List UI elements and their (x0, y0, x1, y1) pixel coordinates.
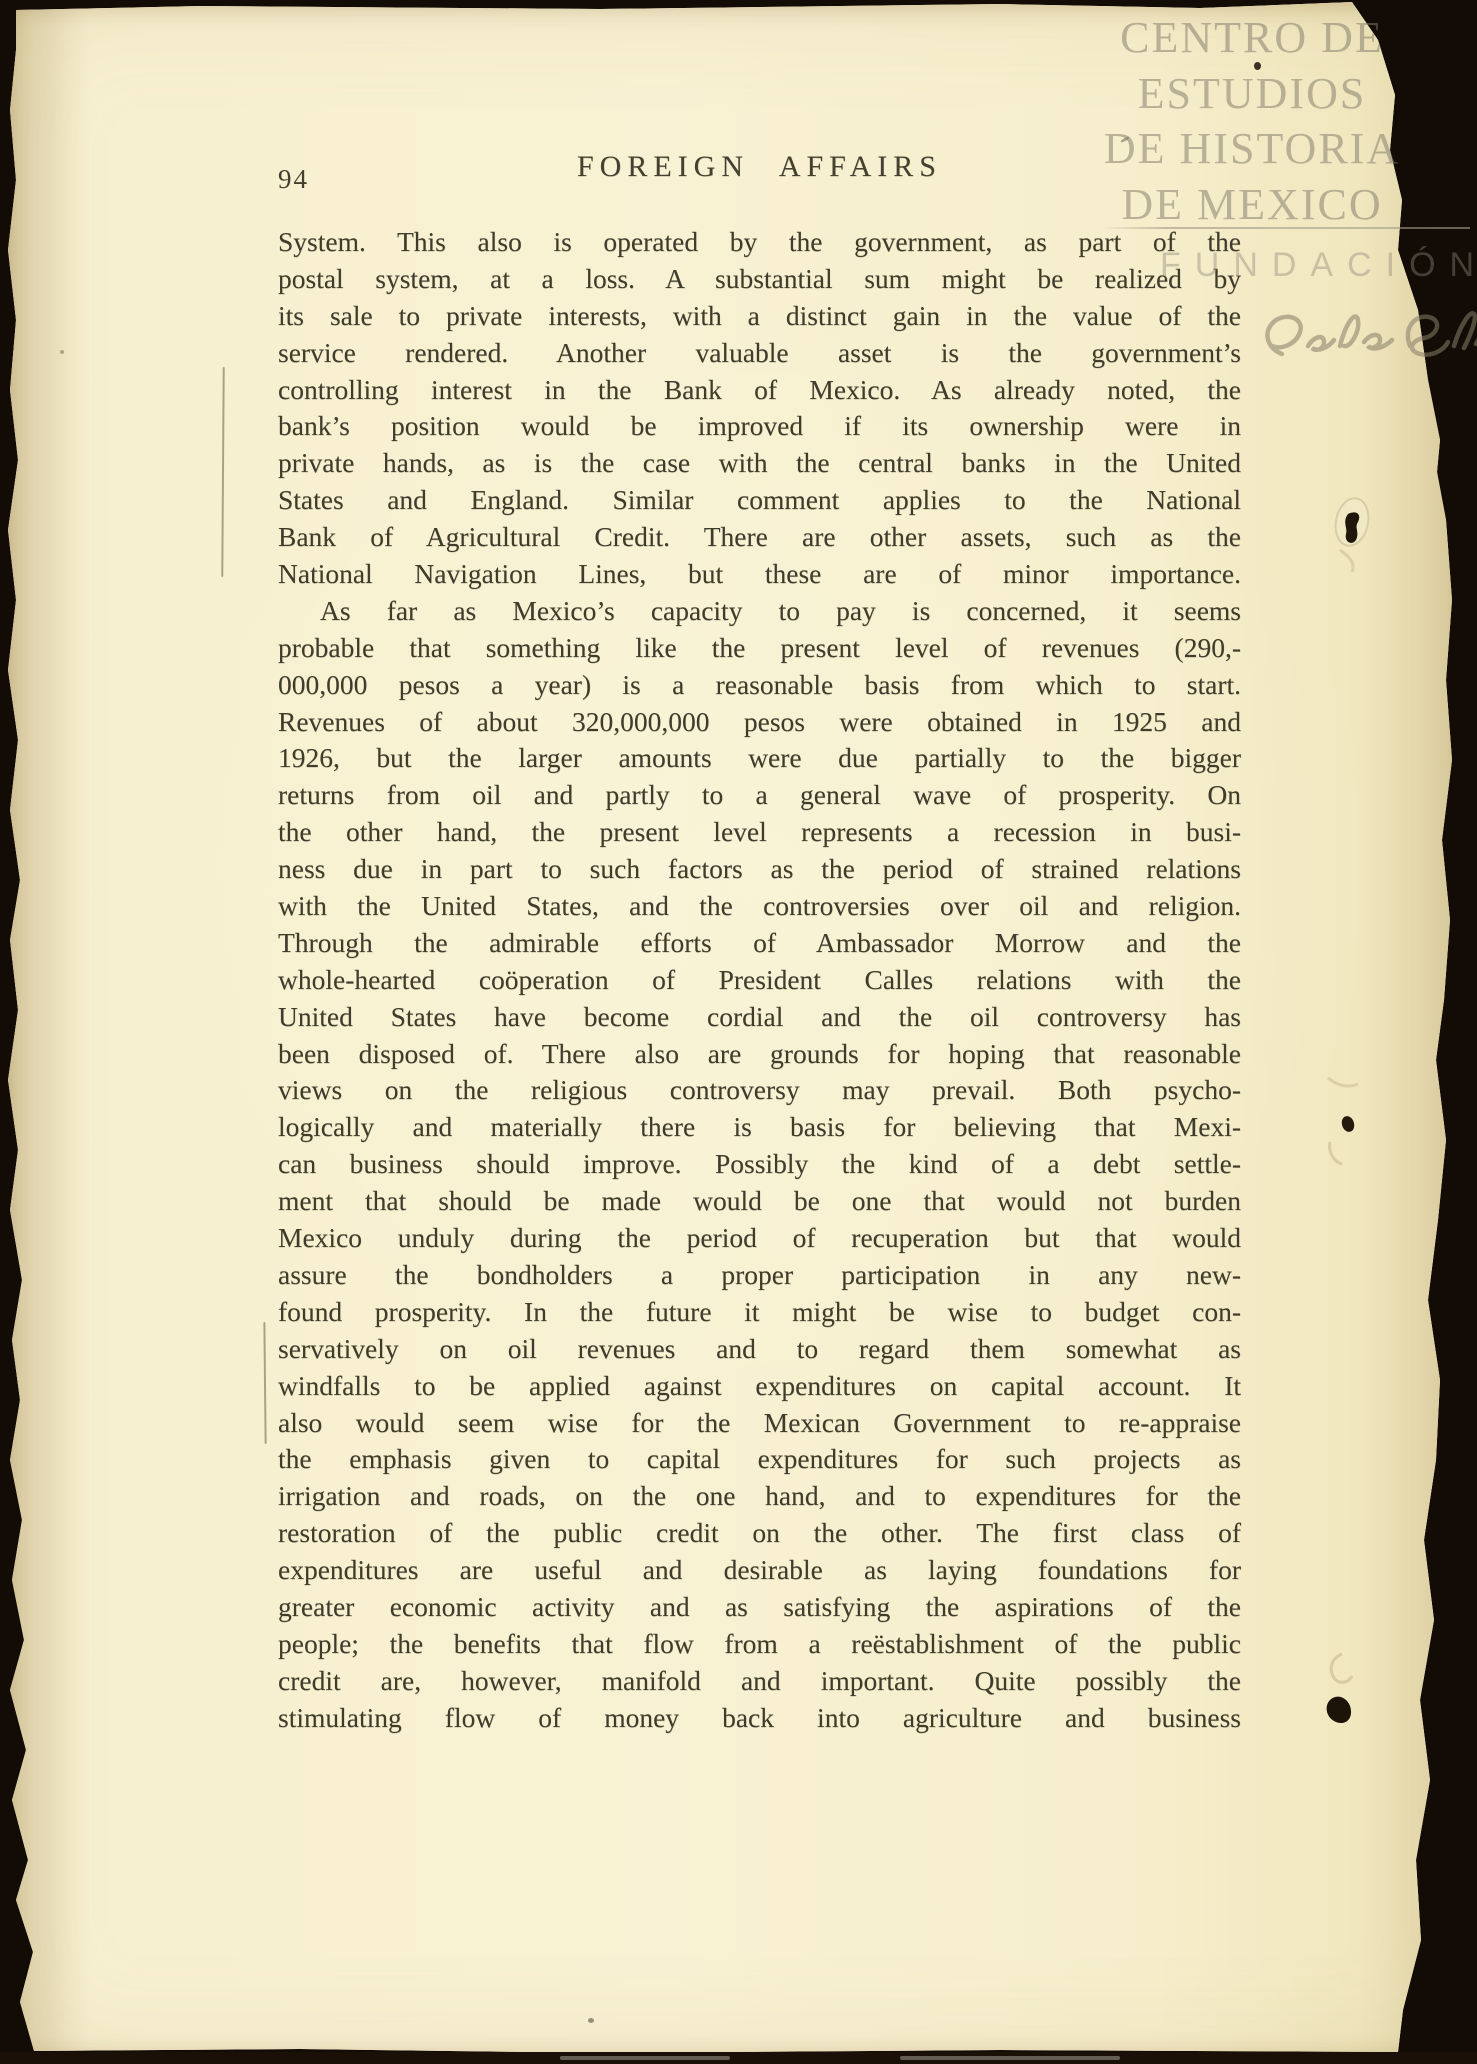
scanner-bed-strip (0, 2052, 1477, 2064)
text-line: States and England. Similar comment appl… (278, 482, 1241, 519)
text-line: ment that should be made would be one th… (278, 1183, 1241, 1220)
text-line: Mexico unduly during the period of recup… (278, 1220, 1241, 1257)
text-line: with the United States, and the controve… (278, 888, 1241, 925)
text-line: also would seem wise for the Mexican Gov… (278, 1405, 1241, 1442)
paper-stain (1318, 1072, 1370, 1168)
text-line: found prosperity. In the future it might… (278, 1294, 1241, 1331)
text-line: ESTUDIOS (1040, 66, 1464, 122)
text-line: servatively on oil revenues and to regar… (278, 1331, 1241, 1368)
text-line: been disposed of. There also are grounds… (278, 1036, 1241, 1073)
text-line: Bank of Agricultural Credit. There are o… (278, 519, 1241, 556)
text-line: probable that something like the present… (278, 630, 1241, 667)
text-line: the other hand, the present level repres… (278, 814, 1241, 851)
text-line: assure the bondholders a proper particip… (278, 1257, 1241, 1294)
text-line: As far as Mexico’s capacity to pay is co… (278, 593, 1241, 630)
text-line: restoration of the public credit on the … (278, 1515, 1241, 1552)
text-line: windfalls to be applied against expendit… (278, 1368, 1241, 1405)
text-line: can business should improve. Possibly th… (278, 1146, 1241, 1183)
text-line: stimulating flow of money back into agri… (278, 1700, 1241, 1737)
pencil-margin-mark (263, 1322, 266, 1444)
paper-speck (60, 350, 64, 354)
text-line: Through the admirable efforts of Ambassa… (278, 925, 1241, 962)
pencil-margin-mark (221, 367, 224, 577)
text-line: CENTRO DE (1040, 10, 1464, 66)
signature-watermark: Carlos Slim (1252, 296, 1477, 386)
text-line: bank’s position would be improved if its… (278, 408, 1241, 445)
scanner-glint (900, 2056, 1120, 2060)
text-line: credit are, however, manifold and import… (278, 1663, 1241, 1700)
text-line: people; the benefits that flow from a re… (278, 1626, 1241, 1663)
text-line: DE MEXICO (1040, 177, 1464, 233)
body-text: System. This also is operated by the gov… (278, 224, 1241, 1737)
text-line: service rendered. Another valuable asset… (278, 335, 1241, 372)
text-line: DE HISTORIA (1040, 121, 1464, 177)
watermark-divider-line (1100, 227, 1470, 229)
text-line: whole-hearted coöperation of President C… (278, 962, 1241, 999)
scanned-page: 94 FOREIGN AFFAIRS System. This also is … (0, 0, 1477, 2064)
paragraph: System. This also is operated by the gov… (278, 224, 1241, 593)
text-line: 1926, but the larger amounts were due pa… (278, 740, 1241, 777)
text-line: its sale to private interests, with a di… (278, 298, 1241, 335)
paper-speck (588, 2018, 594, 2023)
text-line: greater economic activity and as satisfy… (278, 1589, 1241, 1626)
text-line: expenditures are useful and desirable as… (278, 1552, 1241, 1589)
text-line: returns from oil and partly to a general… (278, 777, 1241, 814)
text-line: the emphasis given to capital expenditur… (278, 1441, 1241, 1478)
paragraph: As far as Mexico’s capacity to pay is co… (278, 593, 1241, 1737)
text-line: private hands, as is the case with the c… (278, 445, 1241, 482)
text-line: United States have become cordial and th… (278, 999, 1241, 1036)
text-line: ness due in part to such factors as the … (278, 851, 1241, 888)
text-line: 000,000 pesos a year) is a reasonable ba… (278, 667, 1241, 704)
scanner-glint (560, 2056, 730, 2060)
ink-spot (1312, 1648, 1368, 1738)
text-line: views on the religious controversy may p… (278, 1072, 1241, 1109)
archive-watermark: CENTRO DEESTUDIOSDE HISTORIADE MEXICO (1040, 10, 1464, 232)
text-line: irrigation and roads, on the one hand, a… (278, 1478, 1241, 1515)
text-line: logically and materially there is basis … (278, 1109, 1241, 1146)
text-line: Revenues of about 320,000,000 pesos were… (278, 704, 1241, 741)
foundation-watermark-label: FUNDACIÓN (1160, 246, 1477, 285)
text-line: controlling interest in the Bank of Mexi… (278, 372, 1241, 409)
paper-hole (1330, 492, 1378, 576)
text-line: postal system, at a loss. A substantial … (278, 261, 1241, 298)
text-line: National Navigation Lines, but these are… (278, 556, 1241, 593)
